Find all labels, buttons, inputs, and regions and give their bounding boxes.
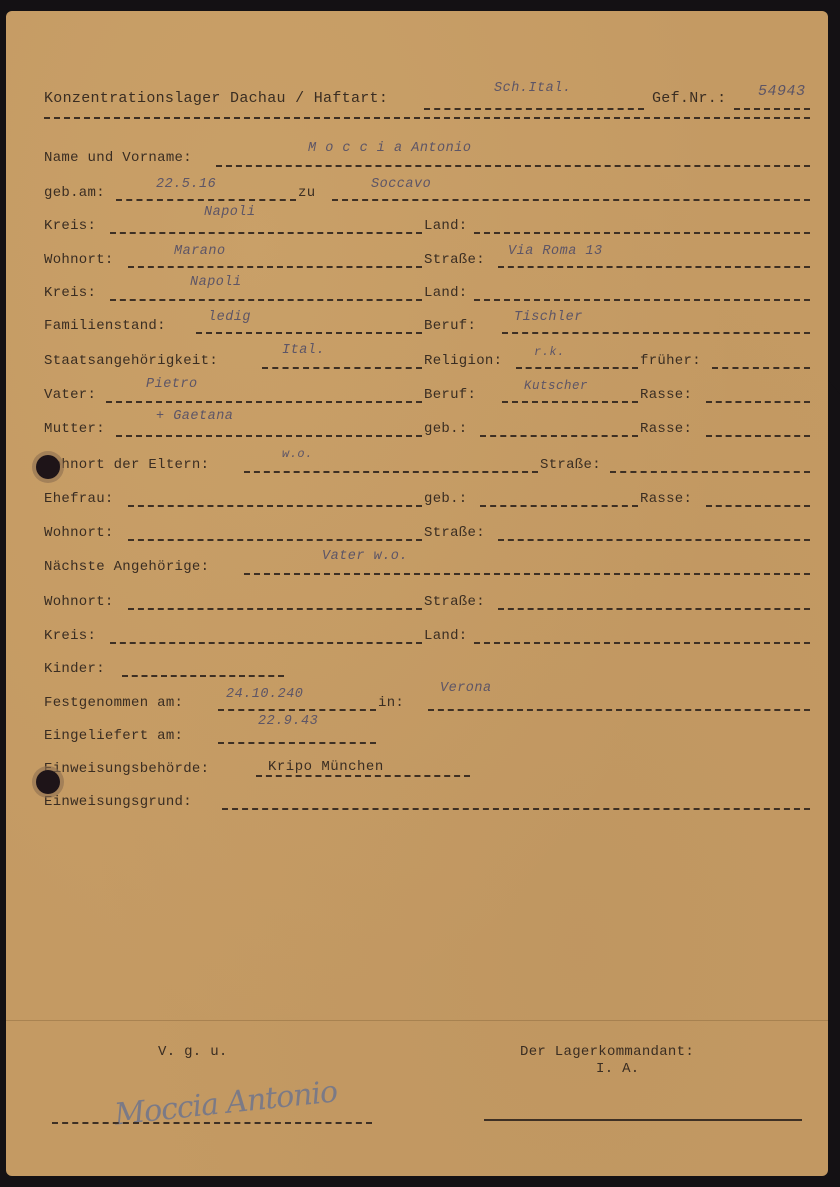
- strasse-eltern-line: [610, 471, 810, 473]
- ehefrau-rasse-label: Rasse:: [640, 491, 692, 507]
- kinder-label: Kinder:: [44, 661, 105, 677]
- kommandant-label: Der Lagerkommandant:: [520, 1044, 694, 1060]
- religion-line: [516, 367, 638, 369]
- beruf-value: Tischler: [514, 310, 583, 325]
- ehefrau-wohnort-line: [128, 539, 422, 541]
- strasse-label: Straße:: [424, 252, 485, 268]
- punch-hole-bottom: [36, 770, 60, 794]
- wohnort-eltern-label: Wohnort der Eltern:: [44, 457, 209, 473]
- vater-beruf-label: Beruf:: [424, 387, 476, 403]
- angeh-land-label: Land:: [424, 628, 468, 644]
- mutter-rasse-line: [706, 435, 810, 437]
- ehefrau-geb-line: [480, 505, 638, 507]
- angeh-strasse-label: Straße:: [424, 594, 485, 610]
- vater-label: Vater:: [44, 387, 96, 403]
- geb-am-label: geb.am:: [44, 185, 105, 201]
- mutter-geb-line: [480, 435, 638, 437]
- ehefrau-label: Ehefrau:: [44, 491, 114, 507]
- name-line: [216, 165, 810, 167]
- angehoerige-value: Vater w.o.: [322, 549, 408, 564]
- wohnort-eltern-value: w.o.: [282, 447, 313, 461]
- vater-rasse-line: [706, 401, 810, 403]
- familienstand-line: [196, 332, 422, 334]
- frueher-line: [712, 367, 810, 369]
- in-value: Verona: [440, 681, 492, 696]
- familienstand-label: Familienstand:: [44, 318, 166, 334]
- festgenommen-line: [218, 709, 376, 711]
- frueher-label: früher:: [640, 353, 701, 369]
- angeh-kreis-label: Kreis:: [44, 628, 96, 644]
- kinder-line: [122, 675, 284, 677]
- staatsangehoerigkeit-value: Ital.: [282, 343, 325, 358]
- in-line: [428, 709, 810, 711]
- kreis2-line: [110, 299, 422, 301]
- name-value: M o c c i a Antonio: [308, 141, 471, 156]
- staatsangehoerigkeit-line: [262, 367, 422, 369]
- einweisungsbehoerde-value: Kripo München: [268, 759, 384, 775]
- mutter-value: + Gaetana: [156, 409, 233, 424]
- zu-line: [332, 199, 810, 201]
- religion-label: Religion:: [424, 353, 502, 369]
- gef-nr-line: [734, 108, 810, 110]
- zu-value: Soccavo: [371, 177, 431, 192]
- vater-line: [106, 401, 422, 403]
- mutter-rasse-label: Rasse:: [640, 421, 692, 437]
- ehefrau-strasse-line: [498, 539, 810, 541]
- fold-crease: [6, 1020, 828, 1021]
- wohnort-label: Wohnort:: [44, 252, 114, 268]
- land-label: Land:: [424, 218, 468, 234]
- in-label: in:: [378, 695, 404, 711]
- signature-line-left: [52, 1122, 372, 1124]
- familienstand-value: ledig: [208, 310, 251, 325]
- ehefrau-rasse-line: [706, 505, 810, 507]
- kreis2-label: Kreis:: [44, 285, 96, 301]
- eingeliefert-label: Eingeliefert am:: [44, 728, 183, 744]
- wohnort-eltern-line: [244, 471, 538, 473]
- beruf-label: Beruf:: [424, 318, 476, 334]
- edge-notch: [828, 380, 840, 394]
- staatsangehoerigkeit-label: Staatsangehörigkeit:: [44, 353, 218, 369]
- header-divider: [44, 117, 810, 119]
- punch-hole-top: [36, 455, 60, 479]
- angeh-land-line: [474, 642, 810, 644]
- kreis-value: Napoli: [204, 205, 256, 220]
- name-label: Name und Vorname:: [44, 150, 192, 166]
- gef-nr-value: 54943: [758, 83, 806, 100]
- haftart-line: [424, 108, 644, 110]
- angehoerige-line: [244, 573, 810, 575]
- kreis-line: [110, 232, 422, 234]
- geb-am-value: 22.5.16: [156, 177, 216, 192]
- card-title: Konzentrationslager Dachau / Haftart:: [44, 90, 388, 107]
- prisoner-registration-card: Konzentrationslager Dachau / Haftart: Sc…: [6, 11, 828, 1176]
- wohnort-line: [128, 266, 422, 268]
- einweisungsgrund-line: [222, 808, 810, 810]
- angeh-wohnort-line: [128, 608, 422, 610]
- zu-label: zu: [298, 185, 315, 201]
- mutter-line: [116, 435, 422, 437]
- beruf-line: [502, 332, 810, 334]
- land2-label: Land:: [424, 285, 468, 301]
- ehefrau-wohnort-label: Wohnort:: [44, 525, 114, 541]
- ehefrau-strasse-label: Straße:: [424, 525, 485, 541]
- geb-am-line: [116, 199, 296, 201]
- festgenommen-label: Festgenommen am:: [44, 695, 183, 711]
- einweisungsgrund-label: Einweisungsgrund:: [44, 794, 192, 810]
- angeh-strasse-line: [498, 608, 810, 610]
- angehoerige-label: Nächste Angehörige:: [44, 559, 209, 575]
- vater-beruf-line: [502, 401, 638, 403]
- signature-line-right: [484, 1119, 802, 1121]
- einweisungsbehoerde-label: Einweisungsbehörde:: [44, 761, 209, 777]
- ehefrau-geb-label: geb.:: [424, 491, 468, 507]
- ia-label: I. A.: [596, 1061, 640, 1077]
- mutter-geb-label: geb.:: [424, 421, 468, 437]
- kreis2-value: Napoli: [190, 275, 242, 290]
- ehefrau-line: [128, 505, 422, 507]
- angeh-wohnort-label: Wohnort:: [44, 594, 114, 610]
- strasse-line: [498, 266, 810, 268]
- gef-nr-label: Gef.Nr.:: [652, 90, 726, 107]
- religion-value: r.k.: [534, 345, 565, 359]
- vater-rasse-label: Rasse:: [640, 387, 692, 403]
- eingeliefert-line: [218, 742, 376, 744]
- vater-beruf-value: Kutscher: [524, 379, 588, 393]
- festgenommen-value: 24.10.240: [226, 687, 303, 702]
- vater-value: Pietro: [146, 377, 198, 392]
- mutter-label: Mutter:: [44, 421, 105, 437]
- strasse-eltern-label: Straße:: [540, 457, 601, 473]
- land-line: [474, 232, 810, 234]
- einweisungsbehoerde-line: [256, 775, 470, 777]
- vgu-label: V. g. u.: [158, 1044, 228, 1060]
- angeh-kreis-line: [110, 642, 422, 644]
- strasse-value: Via Roma 13: [508, 244, 603, 259]
- kreis-label: Kreis:: [44, 218, 96, 234]
- wohnort-value: Marano: [174, 244, 226, 259]
- haftart-value: Sch.Ital.: [494, 81, 571, 96]
- eingeliefert-value: 22.9.43: [258, 714, 318, 729]
- land2-line: [474, 299, 810, 301]
